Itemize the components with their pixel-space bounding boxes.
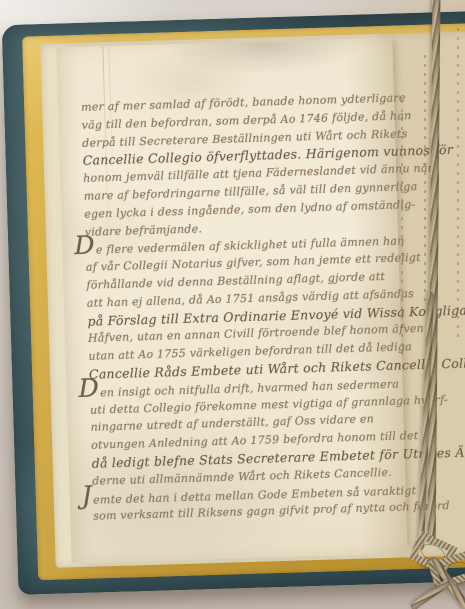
manuscript-page: mer af mer samlad af förödt, banade hono… (56, 38, 407, 564)
stitching-dots (457, 28, 459, 338)
book-cover: mer af mer samlad af förödt, banade hono… (2, 11, 465, 595)
manuscript-text: mer af mer samlad af förödt, banade hono… (81, 90, 408, 526)
cord-knot-tail (410, 579, 452, 609)
stitching-dots (424, 55, 426, 305)
stitching-dots (401, 100, 403, 360)
manuscript-photo: mer af mer samlad af förödt, banade hono… (0, 0, 465, 609)
